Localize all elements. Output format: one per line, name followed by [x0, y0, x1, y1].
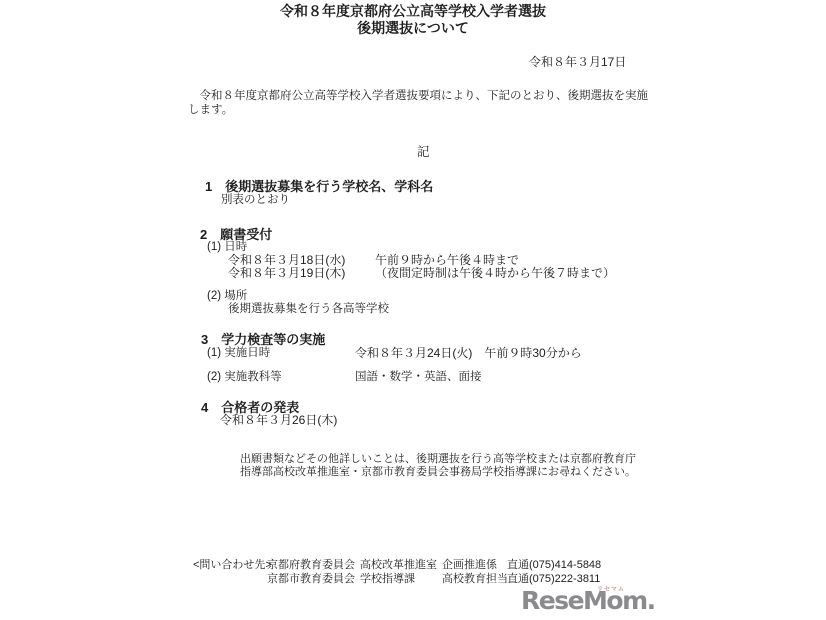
issue-date: 令和８年３月17日	[529, 53, 626, 70]
closing-line-2: 指導部高校改革推進室・京都市教育委員会事務局学校指導課にお尋ねください。	[240, 466, 636, 479]
contact-org: 京都市教育委員会	[267, 570, 355, 586]
contact-section: 高校教育担当	[442, 570, 508, 586]
intro-paragraph: 令和８年度京都府公立高等学校入学者選抜要項により、下記のとおり、後期選抜を実施 …	[188, 89, 648, 117]
section3-item2-label: (2) 実施教科等	[207, 368, 282, 384]
title-line-2: 後期選抜について	[0, 20, 826, 37]
section2-date2-note: （夜間定時制は午後４時から午後７時まで）	[375, 264, 615, 281]
document-page: 令和８年度京都府公立高等学校入学者選抜 後期選抜について 令和８年３月17日 令…	[0, 0, 826, 620]
section2-date2: 令和８年３月19日(木)	[228, 264, 345, 281]
section2-item2-value: 後期選抜募集を行う各高等学校	[228, 300, 389, 316]
intro-line-2: します。	[188, 103, 648, 117]
record-marker: 記	[417, 142, 430, 160]
closing-line-1: 出願書類などその他詳しいことは、後期選抜を行う高等学校または京都府教育庁	[240, 453, 636, 466]
contact-label: <問い合わせ先>	[193, 556, 272, 572]
resemom-logo: リセマム ReseMom.	[521, 584, 655, 613]
document-title: 令和８年度京都府公立高等学校入学者選抜 後期選抜について	[0, 3, 826, 36]
section1-body: 別表のとおり	[221, 191, 290, 207]
closing-paragraph: 出願書類などその他詳しいことは、後期選抜を行う高等学校または京都府教育庁 指導部…	[240, 453, 636, 478]
section3-item2-value: 国語・数学・英語、面接	[355, 368, 482, 384]
title-line-1: 令和８年度京都府公立高等学校入学者選抜	[0, 3, 826, 20]
intro-line-1: 令和８年度京都府公立高等学校入学者選抜要項により、下記のとおり、後期選抜を実施	[188, 89, 648, 103]
section3-item1-value: 令和８年３月24日(火) 午前９時30分から	[355, 344, 582, 361]
section3-item1-label: (1) 実施日時	[207, 344, 270, 360]
contact-dept: 学校指導課	[360, 570, 415, 586]
resemom-logo-ruby: リセマム	[597, 584, 625, 593]
section4-body: 令和８年３月26日(木)	[220, 411, 337, 428]
resemom-logo-text: ReseMom.	[521, 584, 655, 613]
